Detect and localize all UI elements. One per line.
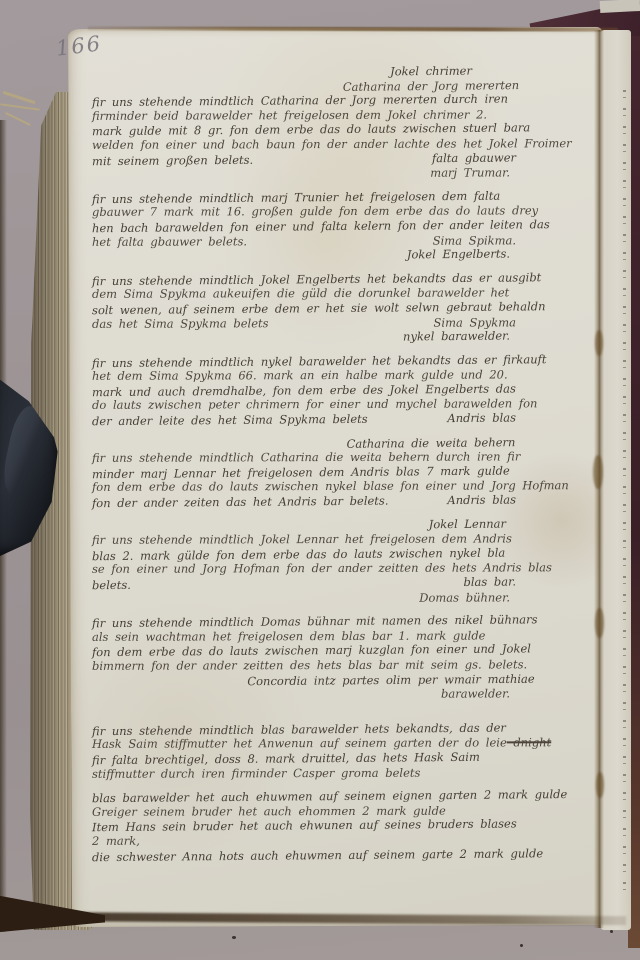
inline-signature: Andris blas	[447, 493, 516, 508]
entry: Jokel chrimerCatharina der Jorg mererten…	[92, 64, 594, 181]
debris-speck	[232, 936, 236, 939]
manuscript-text: Jokel chrimerCatharina der Jorg mererten…	[92, 64, 594, 871]
entry: blas barawelder het auch ehuwmen auf sei…	[92, 789, 594, 862]
signature-line: barawelder.	[92, 686, 594, 702]
entry: fir uns stehende mindtlich nykel barawel…	[92, 354, 594, 427]
inline-signature: Sima Spykma	[434, 315, 517, 330]
facing-page-sliver	[601, 30, 631, 930]
signature-line: Domas bühner.	[92, 590, 594, 606]
inline-signature: Andris blas	[447, 411, 516, 426]
signature-line: Jokel Engelberts.	[92, 246, 594, 265]
inline-signature: Sima Spikma.	[433, 233, 516, 248]
facing-page-text-traces	[623, 90, 626, 890]
binding-thread	[2, 91, 35, 104]
signature-line: nykel barawelder.	[92, 328, 594, 347]
gutter-stain	[596, 772, 604, 798]
binding-thread	[5, 112, 31, 126]
gutter-stain	[595, 608, 604, 638]
entry: Catharina die weita behernfir uns stehen…	[92, 436, 594, 509]
inline-signature: falta gbauwer	[432, 150, 516, 165]
gutter-stain	[593, 455, 603, 489]
debris-speck	[610, 930, 613, 933]
page-edge-sliver	[600, 0, 640, 13]
manuscript-photo: 166 Jokel chrimerCatharina der Jorg mere…	[0, 0, 640, 960]
inline-signature: blas bar.	[463, 574, 516, 589]
entry: fir uns stehende mindtlich Domas bühnar …	[92, 614, 594, 702]
manuscript-line: stiffmutter durch iren firminder Casper …	[92, 765, 594, 781]
debris-speck	[520, 944, 523, 947]
manuscript-line: Andris blasder ander leite des het Sima …	[92, 410, 594, 429]
struck-word: dnight	[507, 736, 552, 750]
entry: fir uns stehende mindtlich marj Trunier …	[92, 190, 594, 263]
binding-thread	[0, 103, 40, 111]
entry: fir uns stehende mindtlich blas baraweld…	[92, 722, 594, 780]
entry: fir uns stehende mindtlich Jokel Engelbe…	[92, 272, 594, 345]
signature-line: marj Trumar.	[92, 165, 594, 181]
manuscript-line: Andris blasfon der ander zeiten das het …	[92, 492, 594, 511]
entry: Jokel Lennarfir uns stehende mindtlich J…	[92, 518, 594, 606]
gutter-stain	[595, 330, 603, 356]
